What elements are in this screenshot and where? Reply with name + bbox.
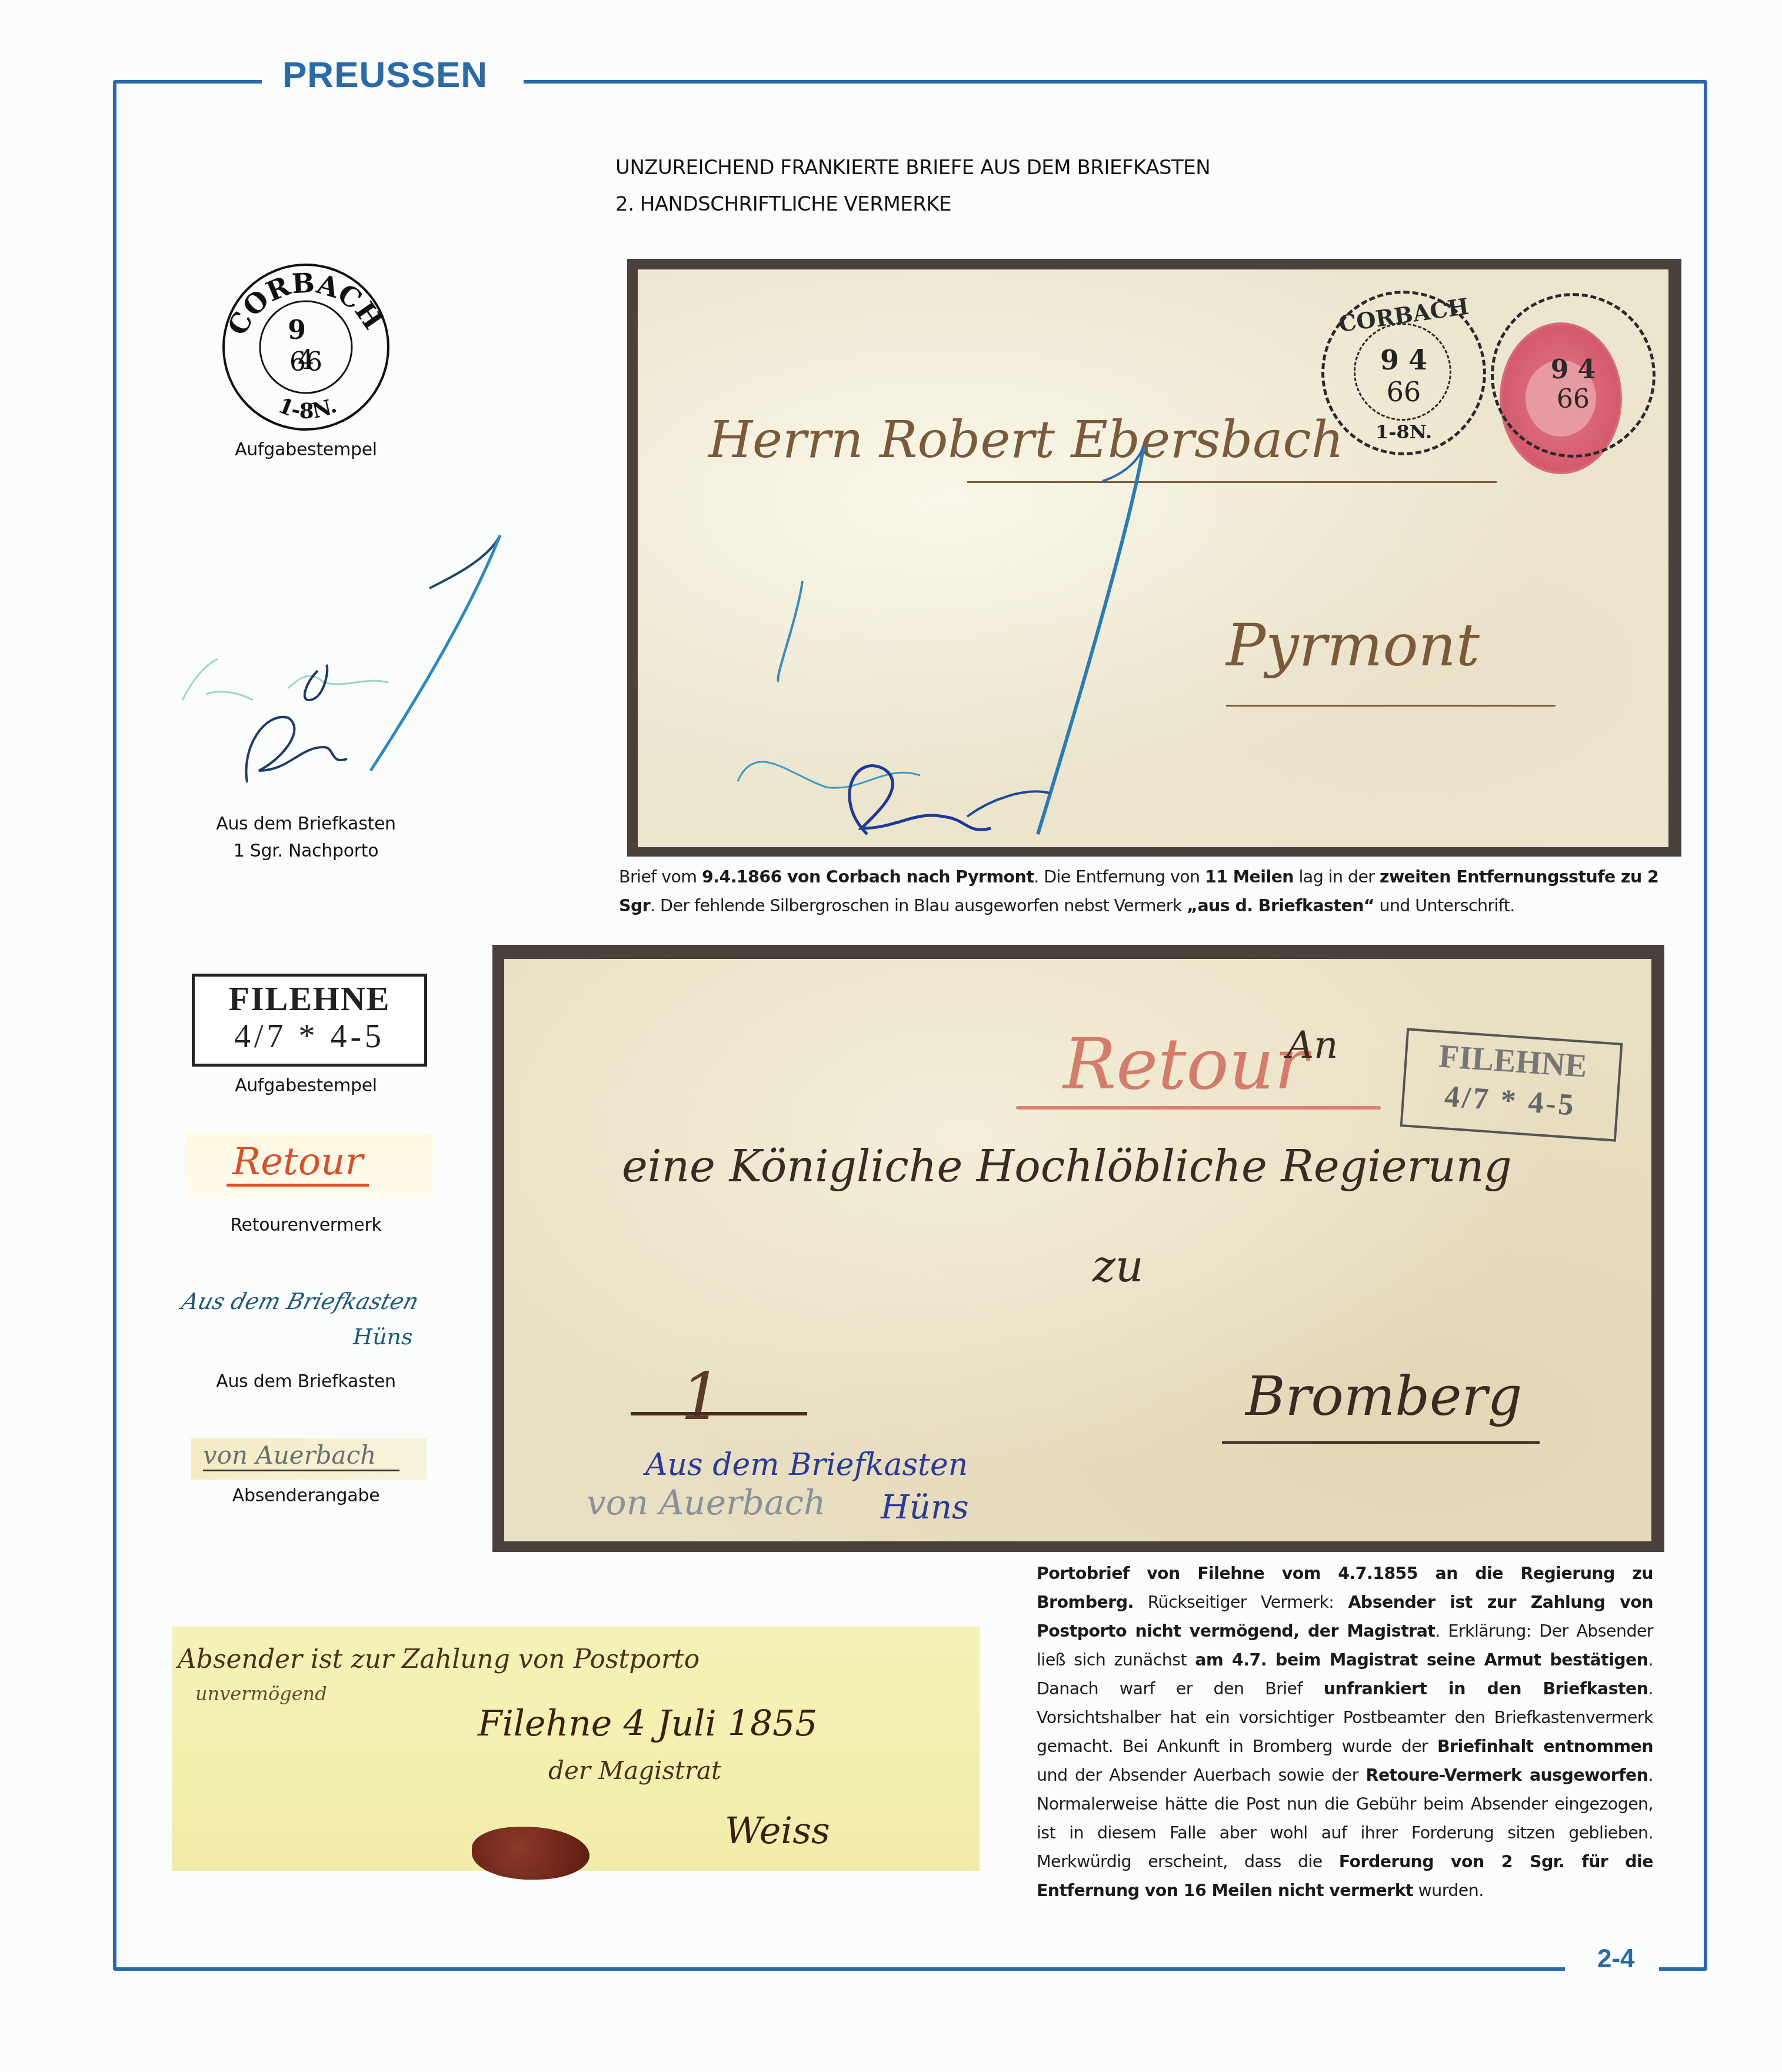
caption-run: Brief vom — [619, 867, 702, 887]
envelope2-blue-signature: Hüns — [881, 1488, 969, 1527]
envelope2-destination: Bromberg — [1245, 1365, 1522, 1428]
envelope2-address-line2: eine Königliche Hochlöbliche Regierung — [622, 1141, 1512, 1192]
backside-line4: der Magistrat — [548, 1756, 721, 1785]
retour-marking-illustration: Retour — [185, 1134, 432, 1199]
page-number: 2-4 — [1597, 1944, 1635, 1974]
caption-run: lag in der — [1294, 867, 1380, 887]
envelope2-address-line3: zu — [1092, 1241, 1144, 1292]
nachporto-label-line2: 1 Sgr. Nachporto — [159, 838, 453, 865]
backside-note-image: Absender ist zur Zahlung von Postporto u… — [172, 1627, 980, 1871]
caption-run: am 4.7. beim Magistrat seine Armut bestä… — [1195, 1650, 1648, 1670]
envelope2-destination-underline — [1222, 1441, 1540, 1444]
caption-run: unfrankiert in den Briefkasten — [1324, 1679, 1648, 1698]
backside-line2: unvermögend — [195, 1683, 327, 1705]
backside-line5: Weiss — [725, 1809, 830, 1852]
caption-run: und der Absender Auerbach sowie der — [1037, 1765, 1366, 1785]
caption-run: Briefinhalt entnommen — [1437, 1737, 1653, 1756]
nachporto-label-line1: Aus dem Briefkasten — [159, 811, 453, 838]
corbach-year: 66 — [277, 347, 335, 377]
section-title: UNZUREICHEND FRANKIERTE BRIEFE AUS DEM B… — [615, 156, 1210, 179]
caption-run: wurden. — [1413, 1881, 1484, 1900]
envelope2-cover: Retour An FILEHNE 4/7 * 4-5 eine Königli… — [504, 959, 1651, 1541]
section-subtitle: 2. HANDSCHRIFTLICHE VERMERKE — [615, 192, 951, 216]
caption-run: . Der fehlende Silbergroschen in Blau au… — [650, 896, 1187, 915]
filehne-postmark-illustration: FILEHNE 4/7 * 4-5 — [192, 974, 427, 1067]
envelope2-retour-underline — [1016, 1106, 1381, 1110]
envelope2-caption: Portobrief von Filehne vom 4.7.1855 an d… — [1037, 1559, 1653, 1905]
retour-label: Retourenvermerk — [159, 1212, 453, 1239]
sender-marking-illustration: von Auerbach — [191, 1438, 427, 1480]
envelope2-retour-marking: Retour — [1063, 1024, 1308, 1105]
caption-run: . Die Entfernung von — [1034, 867, 1205, 887]
retour-script: Retour — [227, 1140, 369, 1187]
corbach-postmark-illustration: CORBACH 1-8N. 9 4 66 — [218, 259, 394, 435]
caption-run: „aus d. Briefkasten“ — [1187, 896, 1374, 915]
corbach-day: 9 — [288, 315, 306, 345]
briefkasten-script: Aus dem Briefkasten — [179, 1288, 421, 1314]
caption-run: und Unterschrift. — [1374, 896, 1515, 915]
envelope2-sender: von Auerbach — [587, 1483, 825, 1523]
envelope1-caption: Brief vom 9.4.1866 von Corbach nach Pyrm… — [619, 862, 1678, 920]
briefkasten-marking-illustration: Aus dem Briefkasten Hüns — [176, 1282, 459, 1359]
envelope2-charge-marking: 1 — [681, 1359, 722, 1434]
envelope1-cover: CORBACH 9 4 66 1-8N. 9 4 66 Herrn Robert… — [638, 269, 1668, 847]
filehne-town: FILEHNE — [195, 979, 424, 1018]
filehne-postmark-label: Aufgabestempel — [159, 1072, 453, 1100]
corbach-postmark-label: Aufgabestempel — [159, 437, 453, 464]
envelope2-postmark: FILEHNE 4/7 * 4-5 — [1400, 1028, 1623, 1141]
briefkasten-signature: Hüns — [353, 1324, 413, 1350]
filehne-date: 4/7 * 4-5 — [195, 1018, 424, 1055]
sender-script: von Auerbach — [203, 1441, 399, 1471]
envelope2-blue-marking: Aus dem Briefkasten — [645, 1447, 968, 1483]
sender-label: Absenderangabe — [159, 1483, 453, 1510]
envelope1-blue-markings-icon — [638, 269, 1668, 847]
caption-run: 9.4.1866 von Corbach nach Pyrmont — [702, 867, 1034, 887]
page-title: PREUSSEN — [282, 54, 488, 96]
svg-text:1-8N.: 1-8N. — [275, 393, 341, 424]
caption-run: 11 Meilen — [1205, 867, 1294, 887]
backside-line3: Filehne 4 Juli 1855 — [478, 1703, 817, 1744]
wax-seal-remnant — [472, 1827, 589, 1880]
envelope2-address-line1: An — [1287, 1024, 1338, 1067]
caption-run: Retoure-Vermerk ausgeworfen — [1366, 1765, 1648, 1785]
envelope2-charge-stroke — [631, 1412, 807, 1415]
backside-line1: Absender ist zur Zahlung von Postporto — [178, 1644, 700, 1674]
blue-handwriting-icon — [171, 524, 535, 794]
nachporto-marking-illustration — [171, 524, 535, 794]
briefkasten-label: Aus dem Briefkasten — [159, 1368, 453, 1395]
caption-run: Rückseitiger Vermerk: — [1134, 1593, 1348, 1612]
